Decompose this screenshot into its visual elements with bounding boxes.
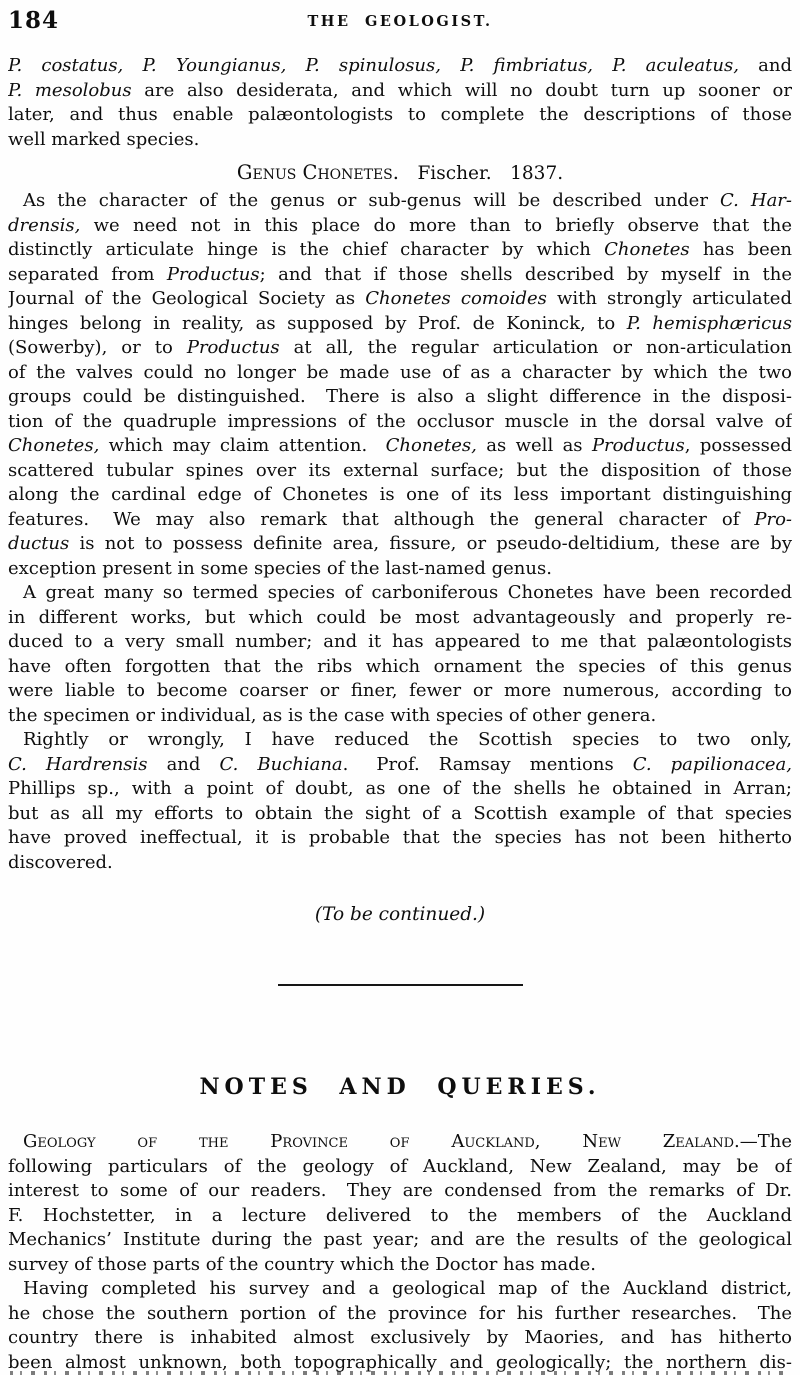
text-run: , possessed bbox=[685, 435, 792, 456]
text-line: (Sowerby), or to Productus at all, the r… bbox=[8, 336, 792, 361]
text-line: survey of those parts of the country whi… bbox=[8, 1253, 792, 1278]
text-run: As the character of the genus or sub-gen… bbox=[23, 190, 720, 211]
notes-and-queries-heading: NOTES AND QUERIES. bbox=[8, 1072, 792, 1102]
paragraph-carboniferous-chonetes: A great many so termed species of carbon… bbox=[8, 581, 792, 728]
text-line: along the cardinal edge of Chonetes is o… bbox=[8, 483, 792, 508]
text-line: distinctly articulate hinge is the chief… bbox=[8, 238, 792, 263]
text-line: hinges belong in reality, as supposed by… bbox=[8, 312, 792, 337]
text-run: the specimen or individual, as is the ca… bbox=[8, 705, 656, 726]
text-line: A great many so termed species of carbon… bbox=[8, 581, 792, 606]
text-run: Chonetes, bbox=[386, 435, 477, 456]
text-run: groups could be distinguished. There is … bbox=[8, 386, 792, 407]
text-run: and bbox=[739, 55, 792, 76]
text-run: have often forgotten that the ribs which… bbox=[8, 656, 792, 677]
text-line: groups could be distinguished. There is … bbox=[8, 385, 792, 410]
text-line: Phillips sp., with a point of doubt, as … bbox=[8, 777, 792, 802]
text-run: P. Youngianus, bbox=[142, 55, 286, 76]
to-be-continued-note: (To be continued.) bbox=[8, 902, 792, 927]
text-run: hinges belong in reality, as supposed by… bbox=[8, 313, 627, 334]
text-run: well marked species. bbox=[8, 129, 199, 150]
text-run: were liable to become coarser or finer, … bbox=[8, 680, 792, 701]
text-line: he chose the southern portion of the pro… bbox=[8, 1302, 792, 1327]
text-run: C. Buchiana bbox=[219, 754, 342, 775]
text-run: features. We may also remark that althou… bbox=[8, 509, 754, 530]
text-run: have proved ineffectual, it is probable … bbox=[8, 827, 792, 848]
text-line: features. We may also remark that althou… bbox=[8, 508, 792, 533]
text-line: ductus is not to possess definite area, … bbox=[8, 532, 792, 557]
page-header: 184 THE GEOLOGIST. bbox=[8, 8, 792, 42]
text-run: P. mesolobus bbox=[8, 80, 132, 101]
text-run: Fischer. 1837. bbox=[399, 163, 563, 184]
text-line: in different works, but which could be m… bbox=[8, 606, 792, 631]
text-run: in different works, but which could be m… bbox=[8, 607, 792, 628]
text-line: country there is inhabited almost exclus… bbox=[8, 1326, 792, 1351]
text-run: (Sowerby), or to bbox=[8, 337, 187, 358]
text-run: and bbox=[148, 754, 220, 775]
paragraph-scottish-species: Rightly or wrongly, I have reduced the S… bbox=[8, 728, 792, 875]
text-run: at all, the regular articulation or non-… bbox=[280, 337, 792, 358]
text-line: have often forgotten that the ribs which… bbox=[8, 655, 792, 680]
text-line: separated from Productus; and that if th… bbox=[8, 263, 792, 288]
text-run bbox=[441, 55, 460, 76]
text-run: discovered. bbox=[8, 852, 113, 873]
text-run: P. aculeatus, bbox=[612, 55, 739, 76]
scanned-journal-page: 184 THE GEOLOGIST. P. costatus, P. Young… bbox=[0, 0, 800, 1375]
text-line: Geology of the Province of Auckland, New… bbox=[8, 1130, 792, 1155]
text-run: separated from bbox=[8, 264, 167, 285]
text-run: F. Hochstetter, in a lecture delivered t… bbox=[8, 1205, 792, 1226]
text-line: exception present in some species of the… bbox=[8, 557, 792, 582]
text-run: Geology of the Province of Auckland, New… bbox=[23, 1131, 740, 1152]
text-line: Journal of the Geological Society as Cho… bbox=[8, 287, 792, 312]
text-line: P. mesolobus are also desiderata, and wh… bbox=[8, 79, 792, 104]
paragraph-genus-description: As the character of the genus or sub-gen… bbox=[8, 189, 792, 581]
text-line: were liable to become coarser or finer, … bbox=[8, 679, 792, 704]
text-line: later, and thus enable palæontologists t… bbox=[8, 103, 792, 128]
text-run: later, and thus enable palæontologists t… bbox=[8, 104, 792, 125]
text-line: scattered tubular spines over its extern… bbox=[8, 459, 792, 484]
text-run: tion of the quadruple impressions of the… bbox=[8, 411, 792, 432]
text-run: C. papilionacea, bbox=[633, 754, 792, 775]
text-run: drensis, bbox=[8, 215, 80, 236]
text-run bbox=[593, 55, 612, 76]
page-bottom-cropped-text-artifact bbox=[10, 1371, 786, 1375]
text-run: with strongly articulated bbox=[547, 288, 792, 309]
text-run: but as all my efforts to obtain the sigh… bbox=[8, 803, 792, 824]
text-run: country there is inhabited almost exclus… bbox=[8, 1327, 792, 1348]
text-run: —The bbox=[740, 1131, 792, 1152]
text-run: has been bbox=[690, 239, 792, 260]
text-line: the specimen or individual, as is the ca… bbox=[8, 704, 792, 729]
section-divider-rule bbox=[278, 984, 523, 986]
text-run: Pro- bbox=[754, 509, 792, 530]
text-run: Productus bbox=[592, 435, 685, 456]
text-run: Chonetes, bbox=[8, 435, 99, 456]
text-run: is not to possess definite area, fissure… bbox=[69, 533, 792, 554]
text-run: he chose the southern portion of the pro… bbox=[8, 1303, 792, 1324]
text-line: discovered. bbox=[8, 851, 792, 876]
text-run: C. Har- bbox=[720, 190, 792, 211]
text-run: P. spinulosus, bbox=[306, 55, 441, 76]
text-line: Chonetes, which may claim attention. Cho… bbox=[8, 434, 792, 459]
text-run: scattered tubular spines over its extern… bbox=[8, 460, 792, 481]
text-run: of the valves could no longer be made us… bbox=[8, 362, 792, 383]
text-run: Journal of the Geological Society as bbox=[8, 288, 365, 309]
text-line: C. Hardrensis and C. Buchiana. Prof. Ram… bbox=[8, 753, 792, 778]
text-line: following particulars of the geology of … bbox=[8, 1155, 792, 1180]
text-run bbox=[286, 55, 305, 76]
text-line: interest to some of our readers. They ar… bbox=[8, 1179, 792, 1204]
paragraph-hochstetter-survey: Having completed his survey and a geolog… bbox=[8, 1277, 792, 1375]
text-line: of the valves could no longer be made us… bbox=[8, 361, 792, 386]
text-run: Mechanics’ Institute during the past yea… bbox=[8, 1229, 792, 1250]
text-run: Genus Chonetes. bbox=[237, 161, 399, 184]
text-run: following particulars of the geology of … bbox=[8, 1156, 792, 1177]
text-run: been almost unknown, both topographicall… bbox=[8, 1352, 792, 1373]
text-line: but as all my efforts to obtain the sigh… bbox=[8, 802, 792, 827]
text-run: Chonetes bbox=[604, 239, 690, 260]
text-run: distinctly articulate hinge is the chief… bbox=[8, 239, 604, 260]
text-run: ductus bbox=[8, 533, 69, 554]
text-run: P. costatus, bbox=[8, 55, 123, 76]
text-line: F. Hochstetter, in a lecture delivered t… bbox=[8, 1204, 792, 1229]
text-line: duced to a very small number; and it has… bbox=[8, 630, 792, 655]
text-run: Productus bbox=[187, 337, 280, 358]
paragraph-auckland-geology: Geology of the Province of Auckland, New… bbox=[8, 1130, 792, 1277]
text-run: Chonetes comoides bbox=[365, 288, 547, 309]
text-run: we need not in this place do more than t… bbox=[80, 215, 792, 236]
text-run: P. fimbriatus, bbox=[460, 55, 593, 76]
text-run: Phillips sp., with a point of doubt, as … bbox=[8, 778, 792, 799]
text-run: . Prof. Ramsay mentions bbox=[343, 754, 633, 775]
text-run: are also desiderata, and which will no d… bbox=[132, 80, 792, 101]
text-run: P. hemisphæricus bbox=[627, 313, 792, 334]
text-line: Mechanics’ Institute during the past yea… bbox=[8, 1228, 792, 1253]
text-run bbox=[123, 55, 142, 76]
text-line: drensis, we need not in this place do mo… bbox=[8, 214, 792, 239]
genus-chonetes-heading: Genus Chonetes. Fischer. 1837. bbox=[8, 161, 792, 186]
text-run: C. Hardrensis bbox=[8, 754, 148, 775]
text-line: Having completed his survey and a geolog… bbox=[8, 1277, 792, 1302]
text-run: interest to some of our readers. They ar… bbox=[8, 1180, 792, 1201]
text-line: tion of the quadruple impressions of the… bbox=[8, 410, 792, 435]
text-run: exception present in some species of the… bbox=[8, 558, 552, 579]
text-line: P. costatus, P. Youngianus, P. spinulosu… bbox=[8, 54, 792, 79]
text-line: well marked species. bbox=[8, 128, 792, 153]
text-run: Productus bbox=[167, 264, 260, 285]
running-title: THE GEOLOGIST. bbox=[8, 13, 792, 30]
text-run: A great many so termed species of carbon… bbox=[23, 582, 792, 603]
text-run: duced to a very small number; and it has… bbox=[8, 631, 792, 652]
text-line: Rightly or wrongly, I have reduced the S… bbox=[8, 728, 792, 753]
text-run: along the cardinal edge of Chonetes is o… bbox=[8, 484, 792, 505]
text-run: Having completed his survey and a geolog… bbox=[23, 1278, 792, 1299]
text-line: have proved ineffectual, it is probable … bbox=[8, 826, 792, 851]
text-line: As the character of the genus or sub-gen… bbox=[8, 189, 792, 214]
text-run: as well as bbox=[477, 435, 592, 456]
text-run: survey of those parts of the country whi… bbox=[8, 1254, 596, 1275]
text-run: which may claim attention. bbox=[99, 435, 385, 456]
text-run: Rightly or wrongly, I have reduced the S… bbox=[23, 729, 792, 750]
paragraph-desiderata-species: P. costatus, P. Youngianus, P. spinulosu… bbox=[8, 54, 792, 152]
text-run: ; and that if those shells described by … bbox=[260, 264, 792, 285]
